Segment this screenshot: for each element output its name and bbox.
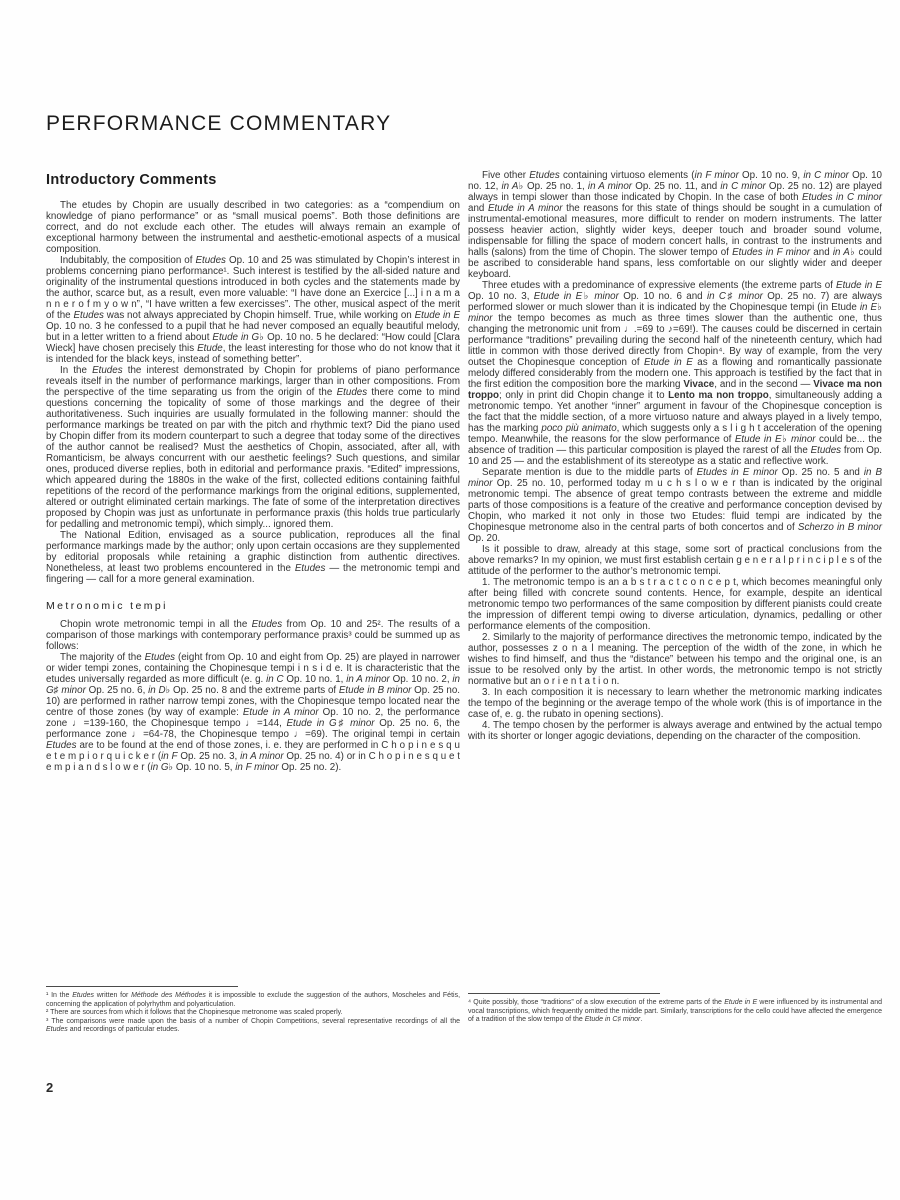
paragraph: Five other Etudes containing virtuoso el… — [468, 170, 882, 280]
paragraph: The etudes by Chopin are usually describ… — [46, 200, 460, 255]
section-heading-introductory-comments: Introductory Comments — [46, 175, 460, 186]
footnote-divider — [468, 993, 660, 994]
paragraph: In the Etudes the interest demonstrated … — [46, 365, 460, 530]
left-footnotes: ¹ In the Etudes written for Méthode des … — [46, 986, 460, 1035]
right-footnote-list: ⁴ Quite possibly, those “traditions” of … — [468, 999, 882, 1025]
paragraph: 4. The tempo chosen by the performer is … — [468, 720, 882, 742]
paragraph: Separate mention is due to the middle pa… — [468, 467, 882, 544]
right-paragraphs: Five other Etudes containing virtuoso el… — [468, 170, 882, 742]
paragraph: 3. In each composition it is necessary t… — [468, 687, 882, 720]
right-footnotes: ⁴ Quite possibly, those “traditions” of … — [468, 993, 882, 1025]
paragraph: ² There are sources from which it follow… — [46, 1009, 460, 1018]
paragraph: ⁴ Quite possibly, those “traditions” of … — [468, 999, 882, 1025]
right-column: Five other Etudes containing virtuoso el… — [468, 170, 882, 742]
paragraph: ¹ In the Etudes written for Méthode des … — [46, 992, 460, 1009]
paragraph: Chopin wrote metronomic tempi in all the… — [46, 619, 460, 652]
document-page: PERFORMANCE COMMENTARY Introductory Comm… — [0, 0, 900, 1200]
page-title: PERFORMANCE COMMENTARY — [46, 112, 391, 136]
paragraph: Is it possible to draw, already at this … — [468, 544, 882, 577]
paragraph: Indubitably, the composition of Etudes O… — [46, 255, 460, 365]
paragraph: The majority of the Etudes (eight from O… — [46, 652, 460, 773]
intro-paragraphs: The etudes by Chopin are usually describ… — [46, 200, 460, 585]
page-number: 2 — [46, 1080, 53, 1095]
paragraph: The National Edition, envisaged as a sou… — [46, 530, 460, 585]
left-column: Introductory Comments The etudes by Chop… — [46, 175, 460, 773]
subsection-heading-metronomic-tempi: Metronomic tempi — [46, 601, 460, 612]
paragraph: 2. Similarly to the majority of performa… — [468, 632, 882, 687]
footnote-divider — [46, 986, 238, 987]
metronomic-tempi-paragraphs: Chopin wrote metronomic tempi in all the… — [46, 619, 460, 773]
paragraph: 1. The metronomic tempo is an a b s t r … — [468, 577, 882, 632]
paragraph: Three etudes with a predominance of expr… — [468, 280, 882, 467]
paragraph: ³ The comparisons were made upon the bas… — [46, 1018, 460, 1035]
left-footnote-list: ¹ In the Etudes written for Méthode des … — [46, 992, 460, 1035]
